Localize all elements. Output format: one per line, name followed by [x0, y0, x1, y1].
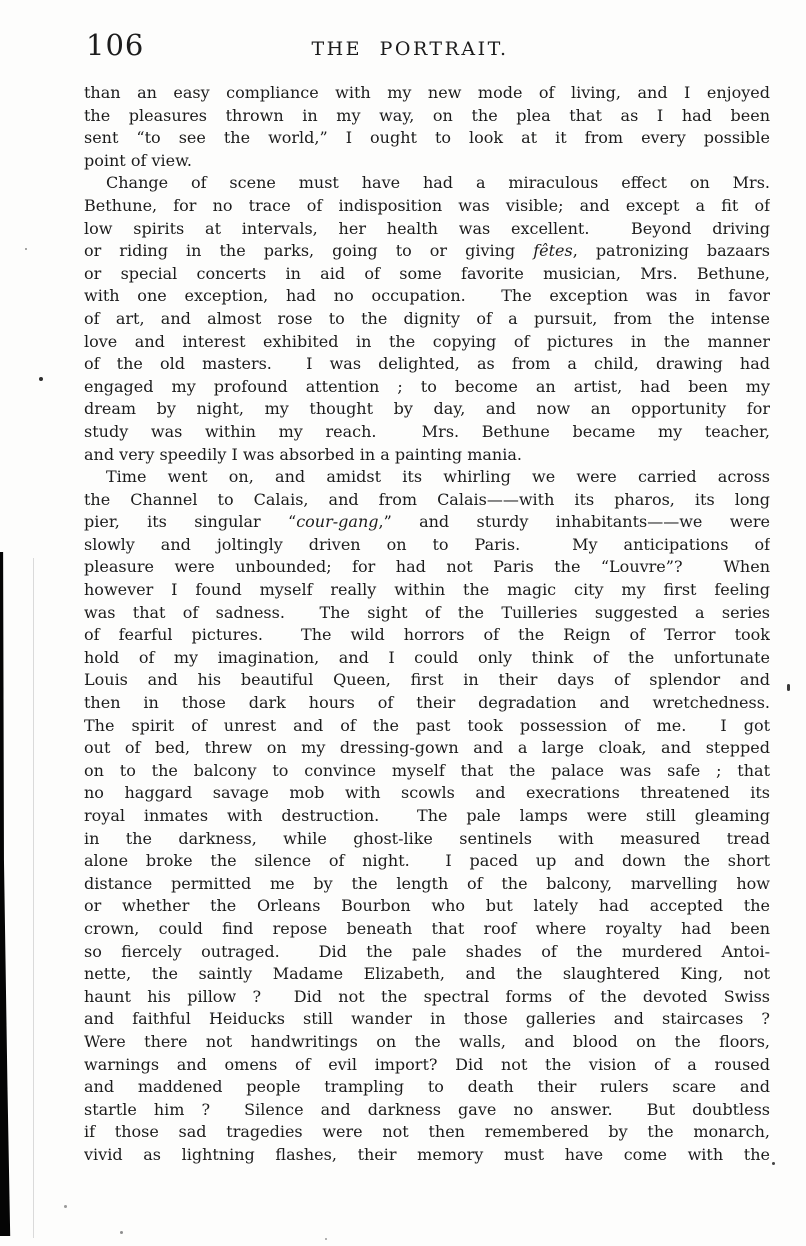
- italic-word: cour-gang: [296, 512, 378, 531]
- text-line: and very speedily I was absorbed in a pa…: [84, 444, 770, 467]
- italic-word: fêtes: [533, 241, 573, 260]
- scan-speck: [772, 1162, 775, 1165]
- text-segment: pier, its singular “: [84, 512, 296, 531]
- text-line: or riding in the parks, going to or givi…: [84, 240, 770, 263]
- text-line: however I found myself really within the…: [84, 579, 770, 602]
- text-line: engaged my profound attention ; to becom…: [84, 376, 770, 399]
- text-line: with one exception, had no occupation. T…: [84, 285, 770, 308]
- text-line: crown, could find repose beneath that ro…: [84, 918, 770, 941]
- scan-edge-artifact: [0, 552, 12, 1236]
- text-line: warnings and omens of evil import? Did n…: [84, 1054, 770, 1077]
- text-line: in the darkness, while ghost-like sentin…: [84, 828, 770, 851]
- text-segment: , patronizing bazaars: [573, 241, 770, 260]
- text-segment: ,” and sturdy inhabitants——we were: [378, 512, 770, 531]
- text-line: was that of sadness. The sight of the Tu…: [84, 602, 770, 625]
- text-line: and maddened people trampling to death t…: [84, 1076, 770, 1099]
- text-line: vivid as lightning flashes, their memory…: [84, 1144, 770, 1167]
- text-line: study was within my reach. Mrs. Bethune …: [84, 421, 770, 444]
- text-line: Time went on, and amidst its whirling we…: [84, 466, 770, 489]
- text-line: Bethune, for no trace of indisposition w…: [84, 195, 770, 218]
- text-line: on to the balcony to convince myself tha…: [84, 760, 770, 783]
- text-line: dream by night, my thought by day, and n…: [84, 398, 770, 421]
- text-line: pier, its singular “cour-gang,” and stur…: [84, 511, 770, 534]
- text-line: startle him ? Silence and darkness gave …: [84, 1099, 770, 1122]
- text-line: so fiercely outraged. Did the pale shade…: [84, 941, 770, 964]
- book-page-scan: 106 THE PORTRAIT. than an easy complianc…: [0, 0, 806, 1246]
- running-title: THE PORTRAIT.: [60, 38, 760, 60]
- text-line: slowly and joltingly driven on to Paris.…: [84, 534, 770, 557]
- scan-speck: [25, 248, 27, 250]
- scan-speck: [325, 1238, 327, 1240]
- text-line: love and interest exhibited in the copyi…: [84, 331, 770, 354]
- text-line: the Channel to Calais, and from Calais——…: [84, 489, 770, 512]
- text-segment: or riding in the parks, going to or givi…: [84, 241, 533, 260]
- text-line: hold of my imagination, and I could only…: [84, 647, 770, 670]
- text-line: Change of scene must have had a miraculo…: [84, 172, 770, 195]
- scan-speck: [120, 1231, 123, 1234]
- text-line: and faithful Heiducks still wander in th…: [84, 1008, 770, 1031]
- paragraph: Time went on, and amidst its whirling we…: [84, 466, 770, 1166]
- text-line: then in those dark hours of their degrad…: [84, 692, 770, 715]
- text-line: than an easy compliance with my new mode…: [84, 82, 770, 105]
- text-line: distance permitted me by the length of t…: [84, 873, 770, 896]
- scan-speck: [787, 684, 790, 691]
- text-line: nette, the saintly Madame Elizabeth, and…: [84, 963, 770, 986]
- text-line: of fearful pictures. The wild horrors of…: [84, 624, 770, 647]
- text-line: royal inmates with destruction. The pale…: [84, 805, 770, 828]
- text-line: The spirit of unrest and of the past too…: [84, 715, 770, 738]
- text-line: sent “to see the world,” I ought to look…: [84, 127, 770, 150]
- text-line: the pleasures thrown in my way, on the p…: [84, 105, 770, 128]
- text-line: point of view.: [84, 150, 770, 173]
- paragraph: than an easy compliance with my new mode…: [84, 82, 770, 172]
- text-line: Were there not handwritings on the walls…: [84, 1031, 770, 1054]
- scan-speck: [64, 1205, 67, 1208]
- text-line: or special concerts in aid of some favor…: [84, 263, 770, 286]
- paragraph: Change of scene must have had a miraculo…: [84, 172, 770, 466]
- text-line: Louis and his beautiful Queen, first in …: [84, 669, 770, 692]
- scan-edge-line: [33, 558, 34, 1238]
- text-line: of the old masters. I was delighted, as …: [84, 353, 770, 376]
- text-line: of art, and almost rose to the dignity o…: [84, 308, 770, 331]
- text-line: low spirits at intervals, her health was…: [84, 218, 770, 241]
- text-line: out of bed, threw on my dressing-gown an…: [84, 737, 770, 760]
- text-line: no haggard savage mob with scowls and ex…: [84, 782, 770, 805]
- page-body-text: than an easy compliance with my new mode…: [84, 82, 770, 1167]
- scan-speck: [39, 377, 43, 381]
- text-line: if those sad tragedies were not then rem…: [84, 1121, 770, 1144]
- text-line: alone broke the silence of night. I pace…: [84, 850, 770, 873]
- text-line: or whether the Orleans Bourbon who but l…: [84, 895, 770, 918]
- text-line: haunt his pillow ? Did not the spectral …: [84, 986, 770, 1009]
- text-line: pleasure were unbounded; for had not Par…: [84, 556, 770, 579]
